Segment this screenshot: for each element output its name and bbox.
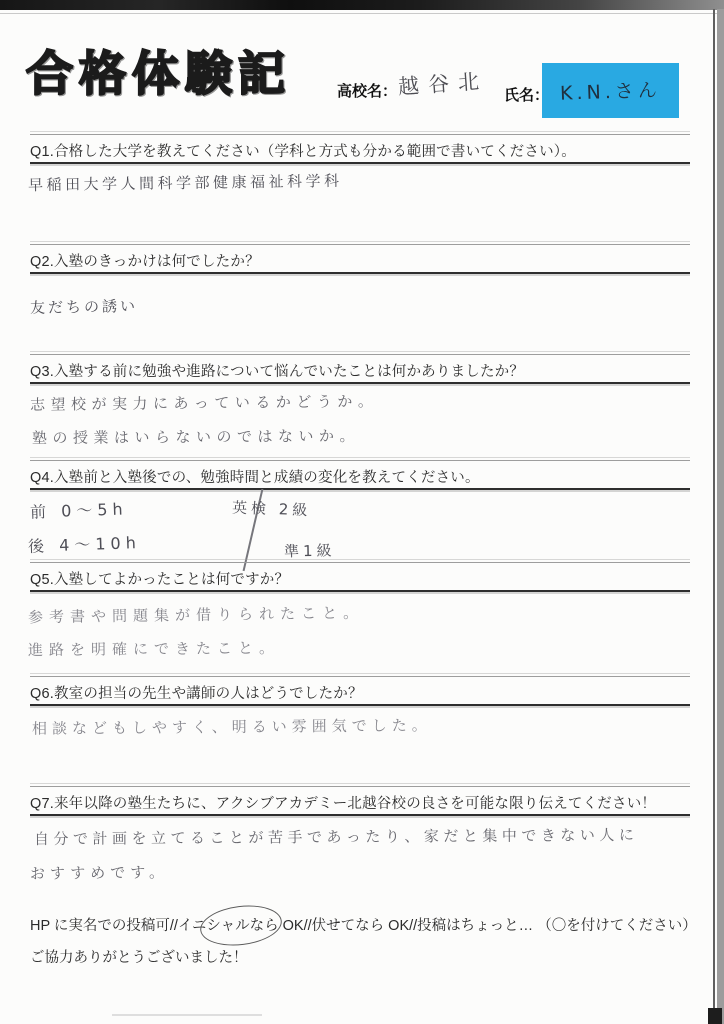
- handwritten-answer: おすすめです。: [30, 861, 169, 883]
- question-underline: [30, 272, 690, 274]
- scan-artifact-right-band: [717, 9, 724, 1024]
- question-label: Q5.入塾してよかったことは何ですか？: [30, 568, 289, 589]
- handwritten-answer: 前 0～5h: [30, 496, 128, 522]
- privacy-circle-annotation: シャルなら: [206, 914, 278, 935]
- scan-artifact-bottom-edge: [112, 1014, 262, 1016]
- scan-artifact-right-line: [713, 9, 715, 1011]
- section-divider: [30, 460, 690, 461]
- handwritten-answer: 英検 2級: [232, 497, 312, 521]
- school-name-label: 高校名：: [337, 80, 397, 101]
- privacy-text-suffix: OK//伏せてなら OK//投稿はちょっと… （〇を付けてください）: [279, 918, 697, 934]
- question-underline: [30, 162, 690, 164]
- question-underline: [30, 704, 690, 706]
- section-divider: [30, 354, 690, 355]
- question-label: Q7.来年以降の塾生たちに、アクシブアカデミー北越谷校の良さを可能な限り伝えてく…: [30, 792, 656, 813]
- handwritten-answer: 自分で計画を立てることが苦手であったり、家だと集中できない人に: [34, 824, 638, 849]
- handwritten-answer: 進路を明確にできたこと。: [28, 637, 280, 660]
- handwritten-answer: 志望校が実力にあっているかどうか。: [30, 390, 379, 415]
- footer-thanks-line: ご協力ありがとうございました！: [30, 946, 248, 967]
- question-label: Q1.合格した大学を教えてください（学科と方式も分かる範囲で書いてください）。: [30, 140, 576, 161]
- section-divider: [30, 562, 690, 563]
- question-label: Q4.入塾前と入塾後での、勉強時間と成績の変化を教えてください。: [30, 466, 480, 487]
- question-underline: [30, 590, 690, 592]
- scan-artifact-corner-mark: [708, 1008, 722, 1024]
- section-divider: [30, 676, 690, 677]
- student-name-highlight: K.N.さん: [542, 63, 679, 118]
- handwritten-answer: 友だちの誘い: [30, 295, 138, 318]
- section-divider: [30, 134, 690, 135]
- page-title: 合格体験記: [26, 46, 291, 102]
- student-name-value: K.N.さん: [560, 75, 662, 106]
- handwritten-answer: 後 4～10h: [28, 530, 142, 557]
- question-underline: [30, 814, 690, 816]
- question-label: Q2.入塾のきっかけは何でしたか？: [30, 250, 260, 271]
- question-label: Q6.教室の担当の先生や講師の人はどうでしたか？: [30, 682, 363, 703]
- scan-artifact-top-line: [0, 13, 724, 14]
- section-divider: [30, 244, 690, 245]
- privacy-text-prefix: HP に実名での投稿可//イニ: [30, 918, 206, 934]
- question-underline: [30, 488, 690, 490]
- question-underline: [30, 382, 690, 384]
- scan-artifact-top-bar: [0, 0, 724, 10]
- footer-privacy-line: HP に実名での投稿可//イニシャルなら OK//伏せてなら OK//投稿はちょ…: [30, 914, 697, 935]
- school-name-value: 越谷北: [397, 65, 489, 101]
- section-divider: [30, 786, 690, 787]
- handwritten-answer: 準1級: [284, 540, 336, 562]
- scanned-questionnaire-page: 合格体験記 高校名： 越谷北 氏名： K.N.さん Q1.合格した大学を教えてく…: [0, 0, 724, 1024]
- question-label: Q3.入塾する前に勉強や進路について悩んでいたことは何かありましたか？: [30, 360, 524, 381]
- handwritten-answer: 参考書や問題集が借りられたこと。: [28, 602, 364, 628]
- handwritten-answer: 塾の授業はいらないのではないか。: [32, 425, 360, 448]
- handwritten-answer: 早稲田大学人間科学部健康福祉科学科: [28, 170, 343, 195]
- handwritten-answer: 相談などもしやすく、明るい雰囲気でした。: [32, 714, 432, 738]
